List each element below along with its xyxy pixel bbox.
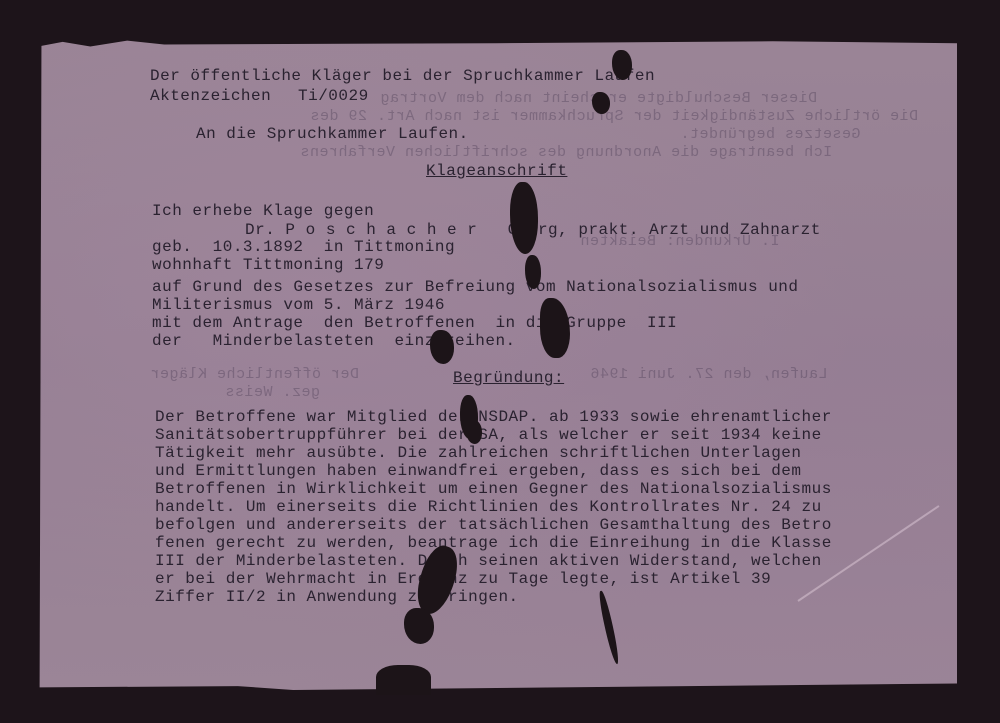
reasoning-line: Sanitätsobertruppführer bei der SA, als … (155, 426, 822, 444)
reasoning-line: und Ermittlungen haben einwandfrei ergeb… (155, 462, 802, 480)
body-line: auf Grund des Gesetzes zur Befreiung vom… (152, 278, 799, 296)
addressee: An die Spruchkammer Laufen. (196, 125, 469, 143)
bleed-text: Ich beantrage die Anordnung des schriftl… (300, 144, 832, 161)
reasoning-line: er bei der Wehrmacht in Eregenz zu Tage … (155, 570, 771, 588)
bleed-text: Gesetzes begründet. (680, 126, 861, 143)
reasoning-line: Betroffenen in Wirklichkeit um einen Geg… (155, 480, 832, 498)
reasoning-line: befolgen und andererseits der tatsächlic… (155, 516, 832, 534)
reference-value: Ti/0029 (298, 87, 369, 105)
reference-label: Aktenzeichen (150, 87, 271, 105)
reasoning-line: Ziffer II/2 in Anwendung zu bringen. (155, 588, 519, 606)
bleed-text: Laufen, den 27. Juni 1946 (590, 366, 828, 383)
reasoning-line: Tätigkeit mehr ausübte. Die zahlreichen … (155, 444, 802, 462)
damage-hole (592, 92, 610, 114)
bleed-text: Die örtliche Zuständigkeit der Spruchkam… (310, 108, 918, 125)
reasoning-heading: Begründung: (453, 369, 564, 387)
damage-hole (612, 50, 632, 80)
damage-hole (376, 665, 431, 695)
reasoning-line: handelt. Um einerseits die Richtlinien d… (155, 498, 822, 516)
bleed-text: Der öffentliche Kläger (150, 366, 359, 383)
body-line: der Minderbelasteten einzureihen. (152, 332, 516, 350)
reasoning-line: fenen gerecht zu werden, beantrage ich d… (155, 534, 832, 552)
authority-line: Der öffentliche Kläger bei der Spruchkam… (150, 67, 655, 85)
body-line: Militerismus vom 5. März 1946 (152, 296, 445, 314)
reasoning-line: Der Betroffene war Mitglied der NSDAP. a… (155, 408, 832, 426)
reasoning-line: III der Minderbelasteten. Durch seinen a… (155, 552, 822, 570)
bleed-text: gez. Weiss (225, 384, 320, 401)
damage-hole (404, 608, 434, 644)
body-line: Ich erhebe Klage gegen (152, 202, 374, 220)
damage-hole (525, 255, 541, 289)
body-line: geb. 10.3.1892 in Tittmoning (152, 238, 455, 256)
damage-hole (510, 182, 538, 254)
body-line: mit dem Antrage den Betroffenen in die G… (152, 314, 677, 332)
body-line: wohnhaft Tittmoning 179 (152, 256, 384, 274)
damage-hole (466, 420, 482, 444)
document-title: Klageanschrift (426, 162, 567, 180)
damage-hole (430, 330, 454, 364)
